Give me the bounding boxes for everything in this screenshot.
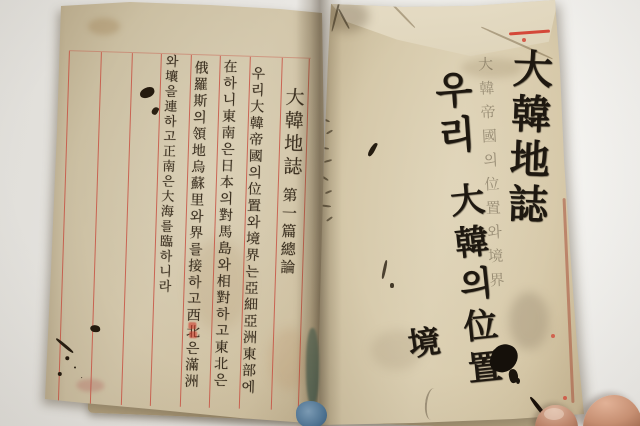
ruled-line [209,56,221,408]
scribble-stroke [325,190,332,194]
scribble-stroke [324,159,332,163]
scribble-stroke [320,175,329,181]
ink-blot [139,86,156,100]
ink-blot [151,106,160,116]
ink-dot [390,283,394,288]
paper-stain [268,328,310,390]
cover-paper: 大韓地誌 大韓帝國의位置와境界 우리 大韓의位置 境 [313,0,593,426]
ink-splatter-streak [55,337,74,353]
left-page-paper: 大韓地誌 第一篇總論 우리大韓帝國의位置와境界는亞細亞洲東部에 在하니東南은日本… [40,0,326,426]
paper-stain [188,238,250,330]
ruled-line [271,58,283,410]
front-cover-page: 大韓地誌 大韓帝國의位置와境界 우리 大韓의位置 境 [313,0,593,426]
ink-blob-dot [516,378,520,384]
manuscript-column-2: 在하니東南은日本의對馬島와相對하고東北은 [209,59,239,389]
paper-stain [88,18,120,35]
section-heading-text: 第一篇總論 [277,187,301,278]
scribble-stroke [326,129,333,134]
brush-tick-stroke [367,142,378,158]
pink-smudge [76,379,104,393]
ruled-line [121,53,133,405]
red-speck [551,334,555,338]
cover-brush-character: 境 [397,323,447,361]
manuscript-column-1: 우리大韓帝國의位置와境界는亞細亞洲東部에 [237,66,267,396]
paper-stain [509,292,549,350]
left-page-content: 大韓地誌 第一篇總論 우리大韓帝國의位置와境界는亞細亞洲東部에 在하니東南은日本… [33,0,332,426]
ink-splatter-dots [65,356,69,360]
green-spine-stain [306,328,319,406]
ruled-top-line [69,50,311,59]
red-fore-edge [563,198,575,403]
red-seal-mark [188,322,198,339]
ruled-line [150,54,162,406]
photo-of-antique-book: 大韓地誌 第一篇總論 우리大韓帝國의位置와境界는亞細亞洲東部에 在하니東南은日本… [0,0,640,426]
left-manuscript-page: 大韓地誌 第一篇總論 우리大韓帝國의位置와境界는亞細亞洲東部에 在하니東南은日本… [40,0,326,426]
red-pencil-dot [522,38,526,42]
blue-spine-mark [296,401,327,426]
cover-brush-script-top: 우리 [422,68,483,162]
pencil-scratch [423,387,441,420]
scribble-stroke [319,146,329,150]
ruled-line [90,52,102,404]
scribble-stroke [321,204,331,207]
ink-blot [90,325,100,332]
book-title-text: 大韓地誌 [278,87,308,180]
manuscript-column-3: 俄羅斯의領地烏蘇里와界를接하고西北은滿洲 [180,60,210,390]
manuscript-column-4: 와壤을連하고正南은大海를臨하니라 [153,54,180,294]
cover-brush-title: 大韓地誌 [496,47,559,229]
scribble-stroke [321,117,330,122]
ink-scribbles [315,115,345,240]
ruled-line [239,57,251,409]
scribble-stroke [326,216,333,222]
ink-stroke-mark [381,260,388,279]
ruled-line [58,51,70,403]
red-speck [563,396,567,400]
ruled-line [180,55,192,407]
